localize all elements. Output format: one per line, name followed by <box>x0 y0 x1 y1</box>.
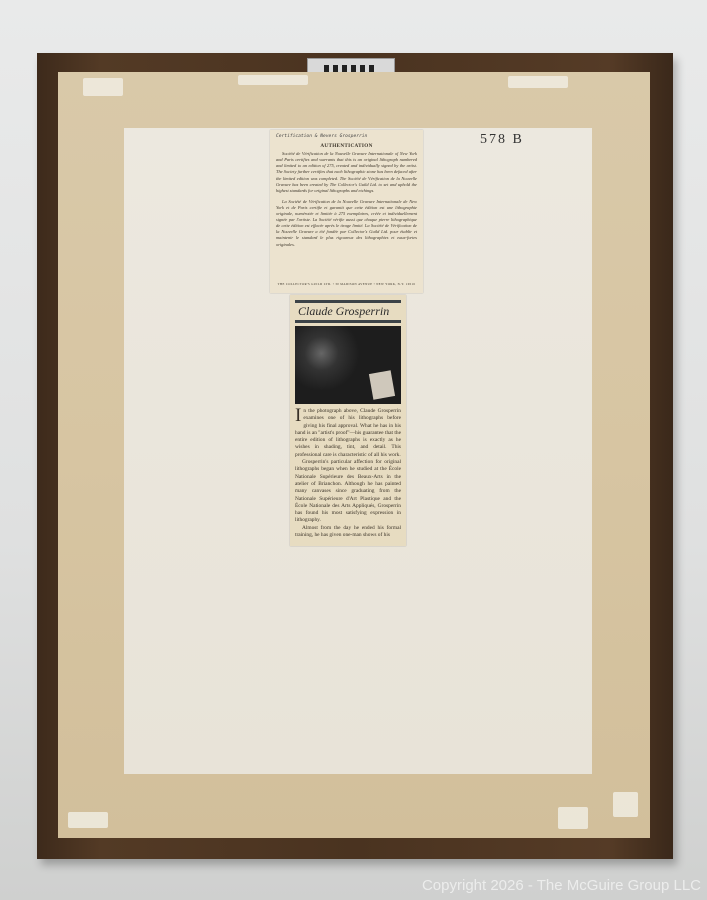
clipping-rule-bottom <box>295 320 401 323</box>
clipping-paragraph-2: Grosperrin's particular affection for or… <box>295 459 401 525</box>
dropcap: I <box>295 408 301 424</box>
handwritten-note: Certification & Nevers Grosperrin <box>276 134 417 140</box>
clipping-rule-top <box>295 300 401 303</box>
lot-number: 578 B <box>480 132 524 148</box>
auth-heading: AUTHENTICATION <box>276 143 417 149</box>
artist-photo <box>295 326 401 404</box>
authentication-label: Certification & Nevers Grosperrin AUTHEN… <box>270 130 423 293</box>
clipping-paragraph-3: Almost from the day he ended his formal … <box>295 525 401 540</box>
auth-footer: THE COLLECTOR'S GUILD LTD. • 30 MADISON … <box>276 281 417 287</box>
clipping-title: Claude Grosperrin <box>295 304 401 319</box>
copyright-watermark: Copyright 2026 - The McGuire Group LLC <box>422 877 701 894</box>
clipping-paragraph-1: In the photograph above, Claude Grosperr… <box>295 408 401 459</box>
sawtooth-hanger <box>307 58 395 73</box>
auth-paragraph-en: Société de Vérification de la Nouvelle G… <box>276 151 417 194</box>
newspaper-clipping: Claude Grosperrin In the photograph abov… <box>290 295 406 546</box>
auth-paragraph-fr: La Société de Vérification de la Nouvell… <box>276 199 417 248</box>
